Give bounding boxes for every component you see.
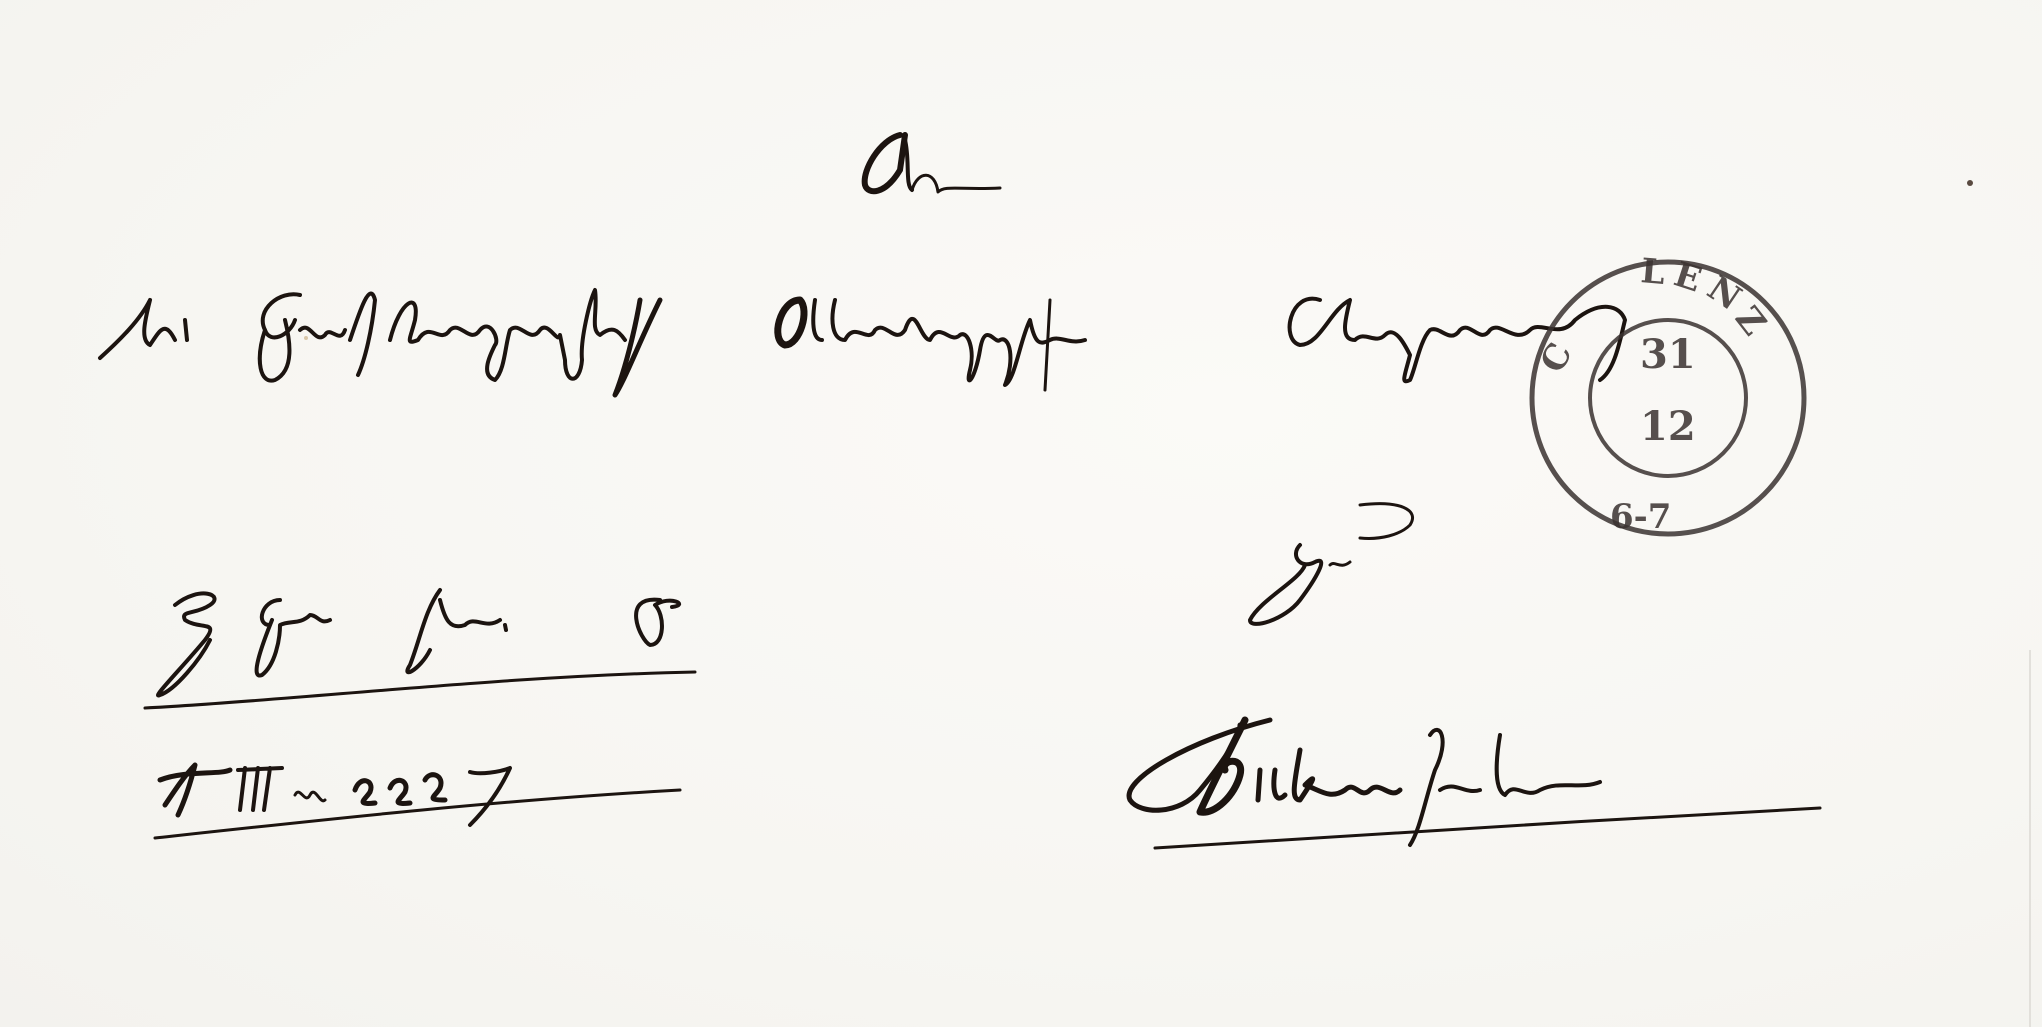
underline-annotation-2: [155, 790, 680, 838]
handwritten-annotation-1: [158, 590, 679, 696]
handwritten-an: [865, 135, 1000, 192]
underline-annotation-1: [145, 672, 695, 708]
svg-text:N: N: [1700, 268, 1748, 319]
handwritten-zu: [1250, 504, 1413, 624]
postmark-stamp: [1532, 262, 1804, 534]
svg-text:C: C: [1533, 337, 1581, 380]
handwritten-annotation-2: [160, 765, 510, 825]
ink-speck: [1967, 180, 1973, 186]
handwritten-birkenfeld: [1129, 720, 1600, 845]
handwriting-layer: 31 12 6-7 C L E N Z: [0, 0, 2042, 1027]
svg-text:L: L: [1639, 251, 1666, 293]
letter-cover: 31 12 6-7 C L E N Z An die Großherzoglic…: [0, 0, 2042, 1027]
svg-text:6-7: 6-7: [1610, 497, 1671, 537]
handwritten-line-regierung: [100, 290, 1625, 395]
svg-text:31: 31: [1640, 331, 1696, 378]
paper-spot: [304, 336, 308, 340]
svg-text:12: 12: [1640, 403, 1696, 450]
underline-birkenfeld: [1155, 808, 1820, 848]
